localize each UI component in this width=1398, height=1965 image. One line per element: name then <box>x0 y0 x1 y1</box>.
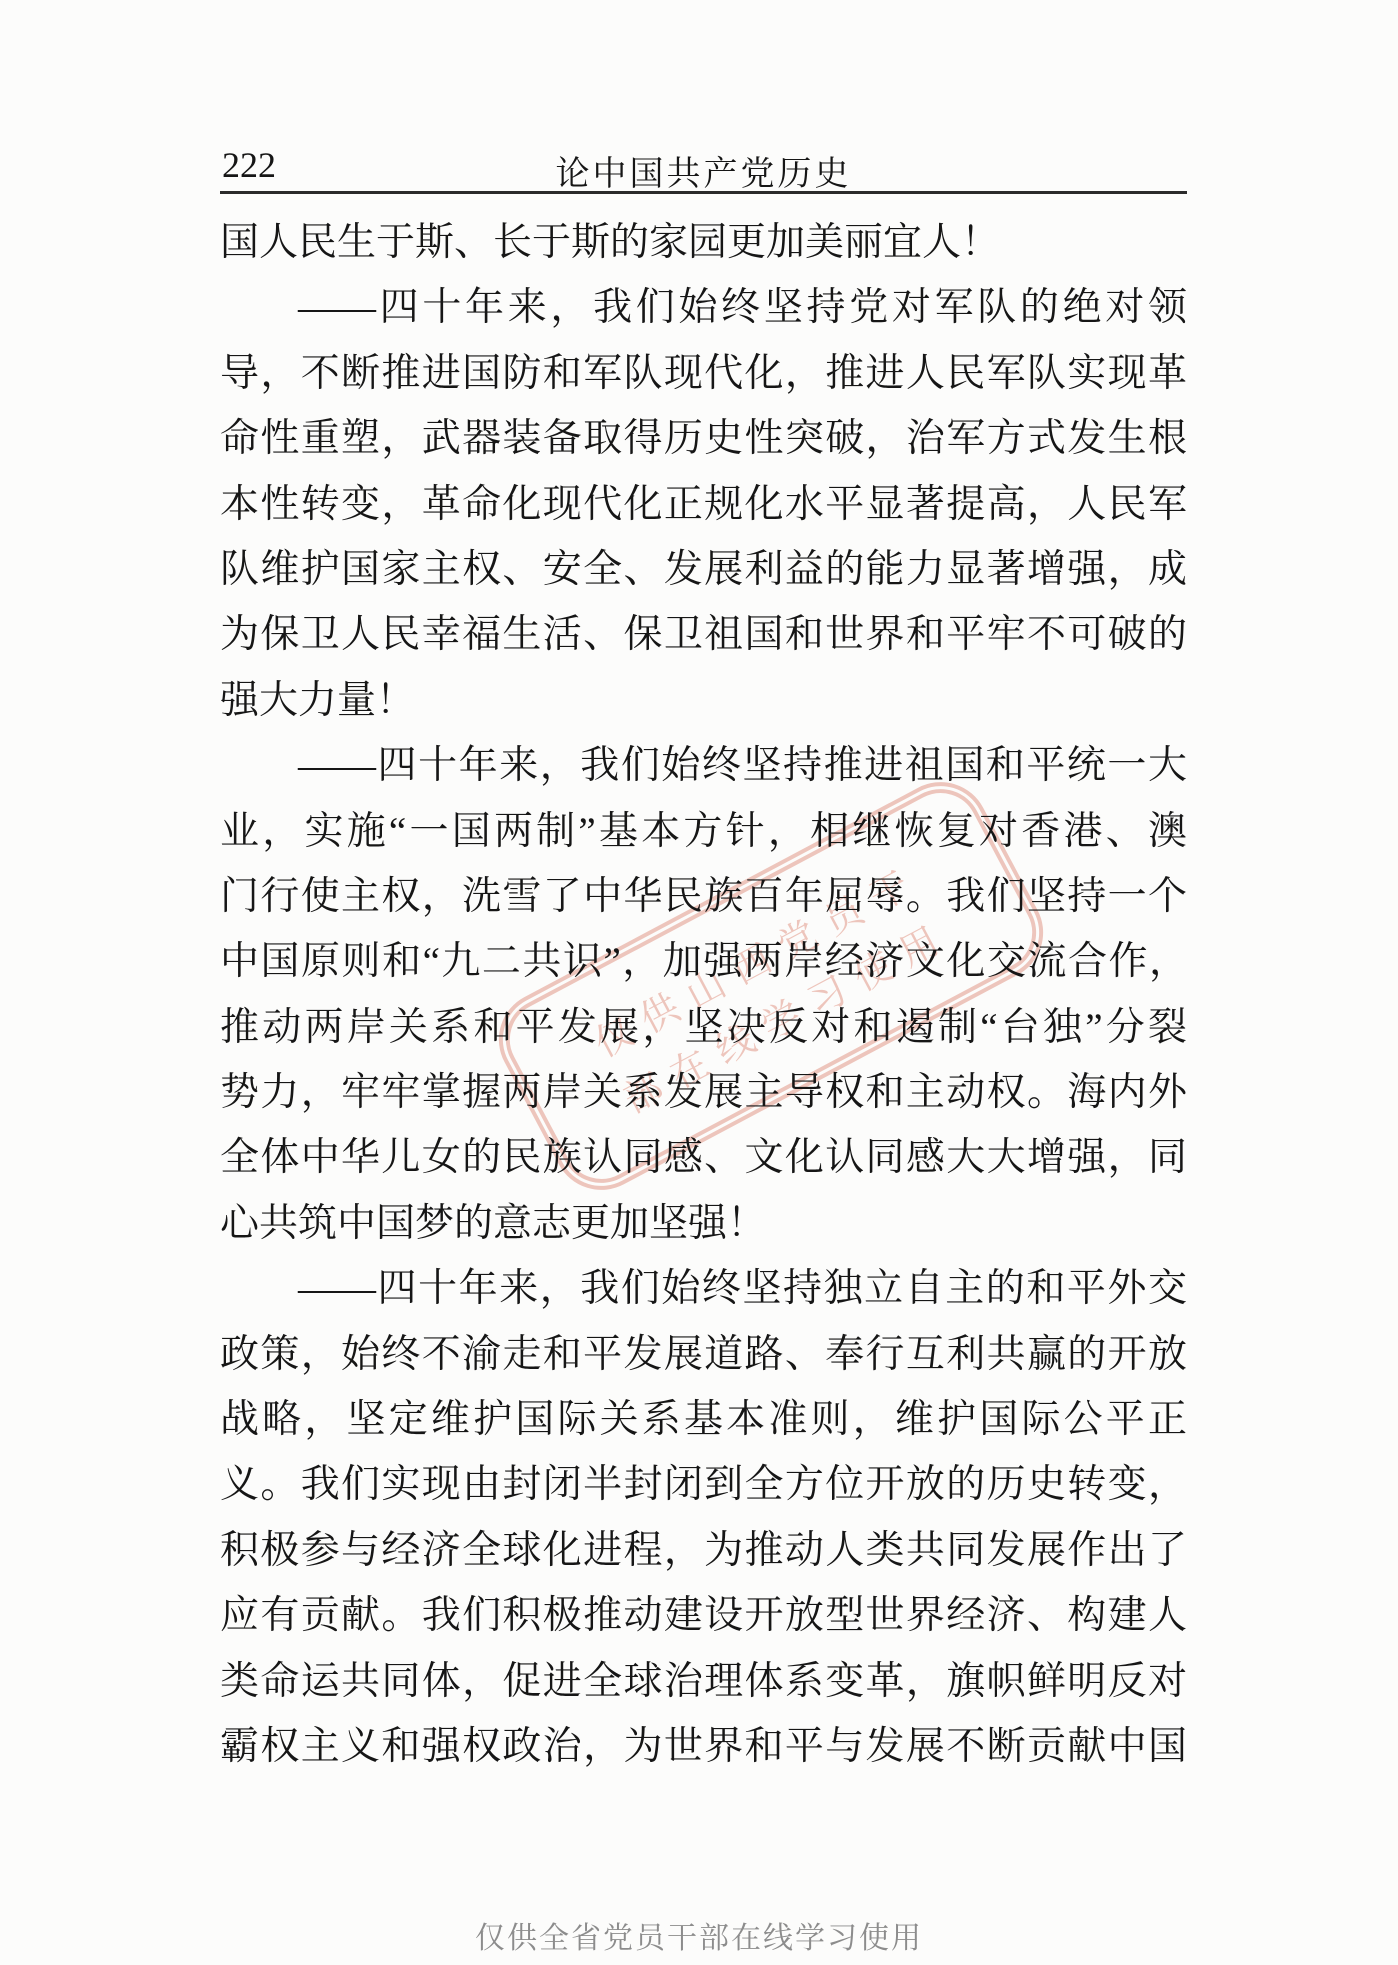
text-line: 政策，始终不渝走和平发展道路、奉行互利共赢的开放 <box>220 1322 1187 1387</box>
text-line: 导，不断推进国防和军队现代化，推进人民军队实现革 <box>220 341 1187 406</box>
text-line: 推动两岸关系和平发展，坚决反对和遏制“台独”分裂 <box>220 995 1187 1060</box>
running-head-title: 论中国共产党历史 <box>220 146 1187 195</box>
text-line: 中国原则和“九二共识”，加强两岸经济文化交流合作， <box>220 929 1187 994</box>
text-line: 全体中华儿女的民族认同感、文化认同感大大增强，同 <box>220 1125 1187 1190</box>
text-line: 类命运共同体，促进全球治理体系变革，旗帜鲜明反对 <box>220 1649 1187 1714</box>
text-line: ——四十年来，我们始终坚持推进祖国和平统一大 <box>220 733 1187 798</box>
text-line: 势力，牢牢掌握两岸关系发展主导权和主动权。海内外 <box>220 1060 1187 1125</box>
text-line: 义。我们实现由封闭半封闭到全方位开放的历史转变， <box>220 1452 1187 1517</box>
body-text-block: 国人民生于斯、长于斯的家园更加美丽宜人！ ——四十年来，我们始终坚持党对军队的绝… <box>220 210 1187 1779</box>
text-line: 战略，坚定维护国际关系基本准则，维护国际公平正 <box>220 1387 1187 1452</box>
text-line: 国人民生于斯、长于斯的家园更加美丽宜人！ <box>220 210 1187 275</box>
text-line: 霸权主义和强权政治，为世界和平与发展不断贡献中国 <box>220 1714 1187 1779</box>
scanned-book-page: 222 论中国共产党历史 仅供山西党员干 部在线学习使用 国人民生于斯、长于斯的… <box>0 0 1398 1965</box>
header-divider <box>220 191 1187 194</box>
text-line: 心共筑中国梦的意志更加坚强！ <box>220 1191 1187 1256</box>
text-line: ——四十年来，我们始终坚持党对军队的绝对领 <box>220 275 1187 340</box>
text-line: 积极参与经济全球化进程，为推动人类共同发展作出了 <box>220 1518 1187 1583</box>
text-line: 强大力量！ <box>220 668 1187 733</box>
text-line: 命性重塑，武器装备取得历史性突破，治军方式发生根 <box>220 406 1187 471</box>
footer-watermark: 仅供全省党员干部在线学习使用 <box>0 1913 1398 1957</box>
text-line: 应有贡献。我们积极推动建设开放型世界经济、构建人 <box>220 1583 1187 1648</box>
text-line: 为保卫人民幸福生活、保卫祖国和世界和平牢不可破的 <box>220 602 1187 667</box>
text-line: 本性转变，革命化现代化正规化水平显著提高，人民军 <box>220 472 1187 537</box>
text-line: ——四十年来，我们始终坚持独立自主的和平外交 <box>220 1256 1187 1321</box>
text-line: 队维护国家主权、安全、发展利益的能力显著增强，成 <box>220 537 1187 602</box>
text-line: 门行使主权，洗雪了中华民族百年屈辱。我们坚持一个 <box>220 864 1187 929</box>
text-line: 业，实施“一国两制”基本方针，相继恢复对香港、澳 <box>220 799 1187 864</box>
